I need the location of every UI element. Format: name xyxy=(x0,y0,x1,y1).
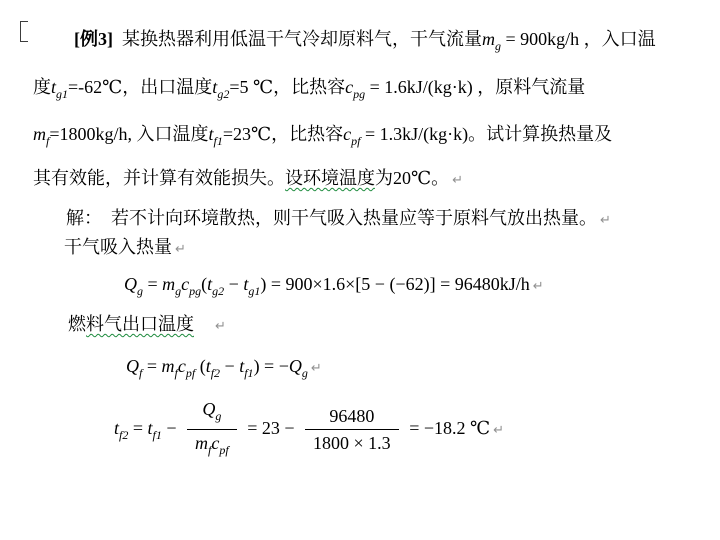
math-symbol: c xyxy=(178,356,186,376)
math-symbol: g xyxy=(215,409,221,423)
math-symbol: m xyxy=(482,29,495,49)
math-symbol: c xyxy=(345,77,353,97)
math-symbol: Q xyxy=(124,274,137,294)
paragraph-1-line-4[interactable]: 其有效能，并计算有效能损失。设环境温度为20℃。↵ xyxy=(33,167,463,192)
math-symbol: g2 xyxy=(217,87,229,101)
math-symbol: 1800 × 1.3 xyxy=(313,433,391,453)
paragraph-mark-icon: ↵ xyxy=(215,319,226,334)
math-run: Qf = mfcpf (tf2 − tf1) = −Qg xyxy=(126,356,308,376)
math-symbol: g xyxy=(302,366,308,380)
math-symbol: =-62℃ xyxy=(68,77,122,97)
text-boundary-marker-icon xyxy=(20,21,28,42)
math-symbol: pf xyxy=(351,134,360,148)
paragraph-mark-icon: ↵ xyxy=(493,423,504,438)
math-symbol: =23℃ xyxy=(223,124,271,144)
math-symbol: g1 xyxy=(56,87,68,101)
math-run: tg2=5 ℃ xyxy=(212,77,273,97)
math-symbol: Q xyxy=(126,356,139,376)
formula-tf2[interactable]: tf2 = tf1 − Qgmfcpf = 23 − 964801800 × 1… xyxy=(114,398,504,461)
math-symbol: g2 xyxy=(212,284,224,298)
math-symbol: = 23 − xyxy=(243,418,299,438)
fraction-denominator: mfcpf xyxy=(187,430,237,461)
math-symbol: = 1.6kJ/(kg·k) xyxy=(365,77,473,97)
math-run: cpg = 1.6kJ/(kg·k) xyxy=(345,77,473,97)
math-symbol: g1 xyxy=(248,284,260,298)
paragraph-mark-icon: ↵ xyxy=(175,242,186,257)
math-run: cpf = 1.3kJ/(kg·k) xyxy=(343,124,468,144)
spellcheck-wavy-text: 设环境温度 xyxy=(285,168,375,188)
math-symbol: ( xyxy=(195,356,206,376)
paragraph-mark-icon: ↵ xyxy=(533,279,544,294)
document-page[interactable]: [例3] 某换热器利用低温干气冷却原料气，干气流量mg = 900kg/h ，入… xyxy=(0,0,720,540)
math-symbol: c xyxy=(181,274,189,294)
math-symbol: Q xyxy=(289,356,302,376)
math-run: tf2 = tf1 − Qgmfcpf = 23 − 964801800 × 1… xyxy=(114,418,490,438)
text-run: 解： 若不计向环境散热，则干气吸入热量应等于原料气放出热量。 xyxy=(66,208,597,228)
math-run: mg = 900kg/h xyxy=(482,29,579,49)
text-run: ，比热容 xyxy=(271,124,343,144)
math-symbol: − xyxy=(220,356,239,376)
math-run: Qg = mgcpg(tg2 − tg1) = 900×1.6×[5 − (−6… xyxy=(124,274,530,294)
math-run: mf=1800kg/h, xyxy=(33,124,132,144)
math-symbol: f1 xyxy=(244,366,253,380)
math-symbol: pf xyxy=(186,366,195,380)
math-symbol: 96480 xyxy=(329,406,374,426)
text-run xyxy=(194,314,212,334)
fraction: Qgmfcpf xyxy=(187,398,237,461)
fuel-gas-outlet-label[interactable]: 燃料气出口温度 ↵ xyxy=(68,313,226,338)
math-symbol: pg xyxy=(189,284,201,298)
math-symbol: − xyxy=(224,274,243,294)
math-symbol: = xyxy=(142,356,161,376)
math-symbol: = xyxy=(128,418,147,438)
math-symbol: = −18.2 ℃ xyxy=(405,418,490,438)
math-symbol: f2 xyxy=(119,428,128,442)
text-run: ，入口温 xyxy=(579,29,656,49)
paragraph-mark-icon: ↵ xyxy=(600,213,611,228)
math-symbol: =5 ℃ xyxy=(229,77,273,97)
math-symbol: = 1.3kJ/(kg·k) xyxy=(361,124,469,144)
paragraph-mark-icon: ↵ xyxy=(311,361,322,376)
math-symbol: = xyxy=(143,274,162,294)
fraction: 964801800 × 1.3 xyxy=(305,405,399,454)
math-symbol: − xyxy=(162,418,181,438)
math-symbol: f2 xyxy=(211,366,220,380)
fraction-numerator: 96480 xyxy=(305,405,399,430)
text-run: 。试计算换热量及 xyxy=(468,124,612,144)
math-run: tf1=23℃ xyxy=(209,124,272,144)
formula-qg[interactable]: Qg = mgcpg(tg2 − tg1) = 900×1.6×[5 − (−6… xyxy=(124,273,544,302)
math-symbol: m xyxy=(162,356,175,376)
math-symbol: m xyxy=(162,274,175,294)
math-run: tg1=-62℃ xyxy=(51,77,122,97)
fraction-denominator: 1800 × 1.3 xyxy=(305,430,399,454)
text-run: ，出口温度 xyxy=(122,77,212,97)
math-symbol: ) = − xyxy=(254,356,289,376)
fraction-numerator: Qg xyxy=(187,398,237,430)
math-symbol: =1800kg/h, xyxy=(49,124,132,144)
math-symbol: f1 xyxy=(214,134,223,148)
text-run: 干气吸入热量 xyxy=(64,237,172,257)
math-symbol: ) = 900×1.6×[5 − (−62)] = 96480kJ/h xyxy=(260,274,529,294)
text-run: ，原料气流量 xyxy=(473,77,586,97)
solution-line-1[interactable]: 解： 若不计向环境散热，则干气吸入热量应等于原料气放出热量。↵ xyxy=(66,207,611,232)
paragraph-mark-icon: ↵ xyxy=(452,173,463,188)
text-run: 度 xyxy=(33,77,51,97)
math-symbol: m xyxy=(195,433,208,453)
text-run: ，比热容 xyxy=(273,77,345,97)
math-symbol: m xyxy=(33,124,46,144)
paragraph-1-line-2[interactable]: 度tg1=-62℃，出口温度tg2=5 ℃，比热容cpg = 1.6kJ/(kg… xyxy=(33,76,585,105)
math-symbol: f1 xyxy=(153,428,162,442)
text-run: 为20℃。 xyxy=(375,168,449,188)
math-symbol: pf xyxy=(219,443,228,457)
math-symbol: c xyxy=(343,124,351,144)
text-run: 燃 xyxy=(68,314,86,334)
paragraph-1-line-1[interactable]: [例3] 某换热器利用低温干气冷却原料气，干气流量mg = 900kg/h ，入… xyxy=(74,28,656,57)
text-run: 其有效能，并计算有效能损失。 xyxy=(33,168,285,188)
spellcheck-wavy-text: 料气出口温度 xyxy=(86,314,194,334)
solution-line-2[interactable]: 干气吸入热量↵ xyxy=(64,236,186,261)
math-symbol: = 900kg/h xyxy=(501,29,579,49)
math-symbol: Q xyxy=(202,399,215,419)
paragraph-1-line-3[interactable]: mf=1800kg/h, 入口温度tf1=23℃，比热容cpf = 1.3kJ/… xyxy=(33,123,612,152)
text-run: 某换热器利用低温干气冷却原料气，干气流量 xyxy=(113,29,482,49)
text-run-bold: [例3] xyxy=(74,29,113,49)
formula-qf[interactable]: Qf = mfcpf (tf2 − tf1) = −Qg↵ xyxy=(126,355,322,384)
text-run: 入口温度 xyxy=(132,124,209,144)
math-symbol: pg xyxy=(353,87,365,101)
